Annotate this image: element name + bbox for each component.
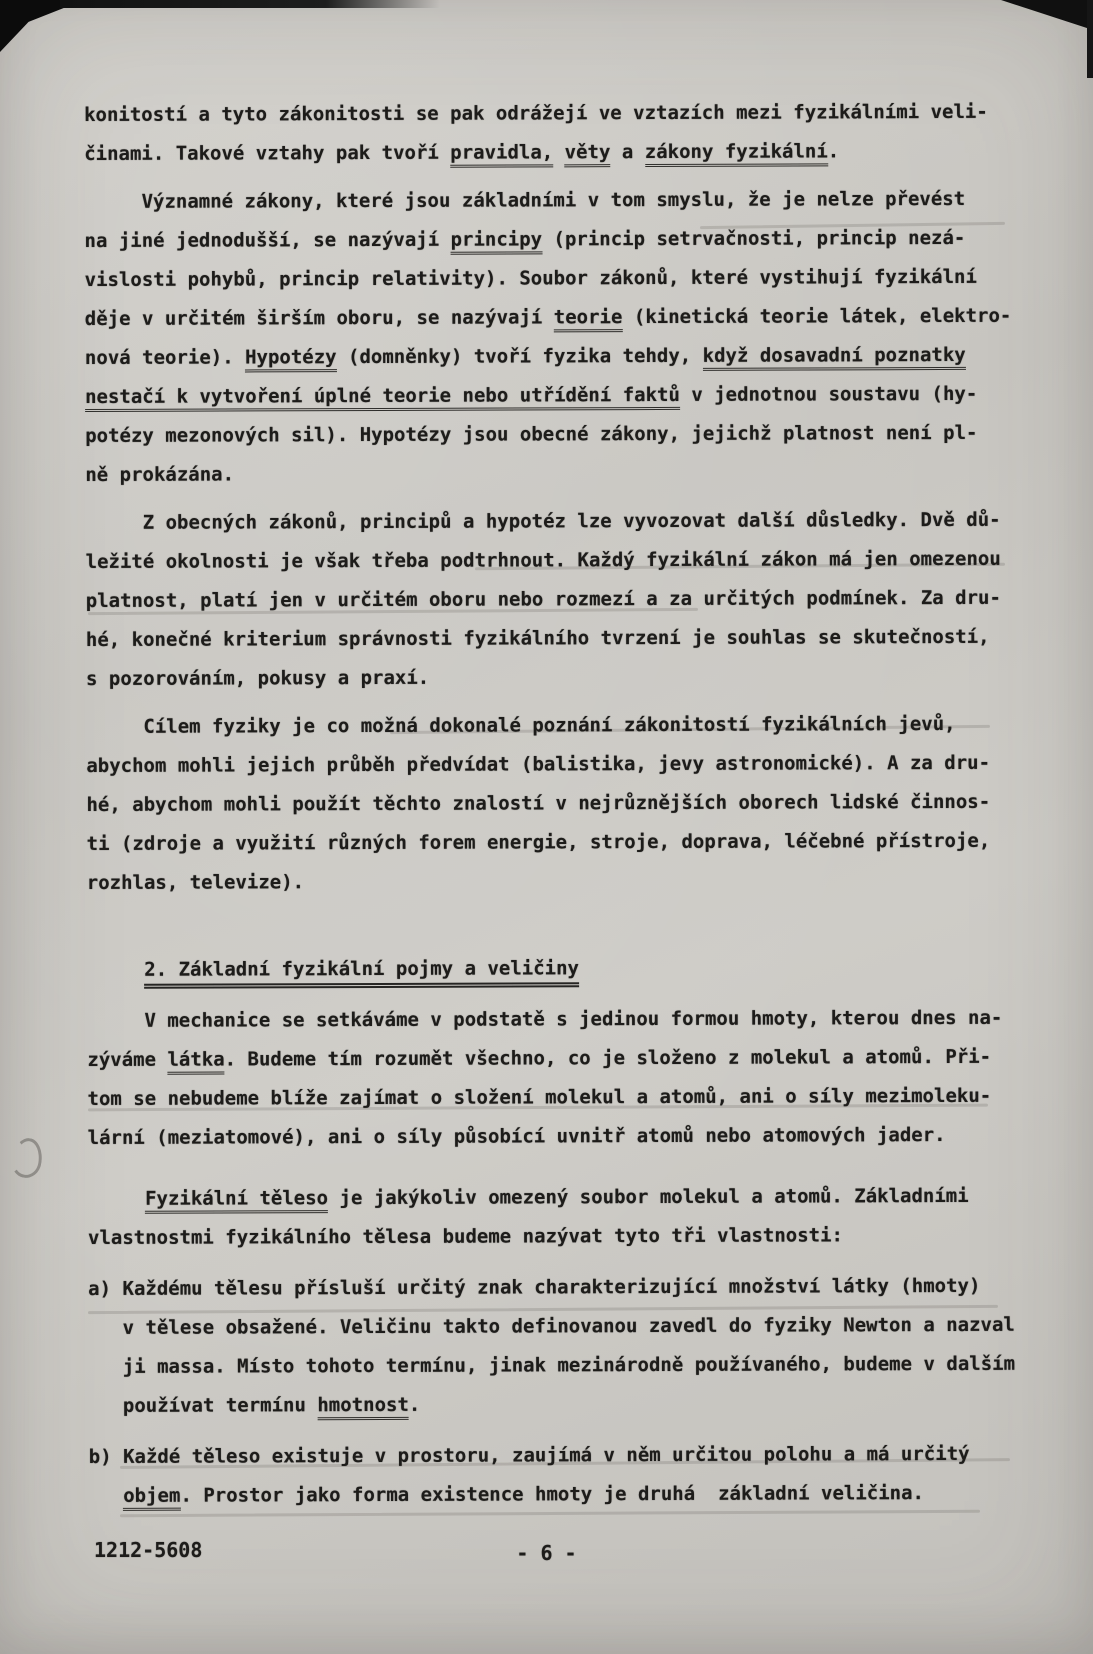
paragraph: V mechanice se setkáváme v podstatě s je… [87,999,1050,1158]
text-line: vlastnostmi fyzikálního tělesa budeme na… [88,1216,1050,1258]
text-line: s pozorováním, pokusy a praxí. [86,657,1048,699]
text-line: činami. Takové vztahy pak tvoří pravidla… [84,132,1046,174]
paragraph: b) Každé těleso existuje v prostoru, zau… [89,1435,1051,1516]
text-line: nová teorie). Hypotézy (domněnky) tvoří … [85,336,1047,378]
scan-artifact-top-strip [60,0,440,8]
text-line: ně prokázána. [85,453,1047,495]
text-line: děje v určitém širším oboru, se nazývají… [85,297,1047,339]
text-line: platnost, platí jen v určitém oboru nebo… [86,579,1048,621]
scan-artifact-corner-top-right [993,0,1093,30]
paragraph: a) Každému tělesu přísluší určitý znak c… [88,1267,1051,1426]
text-line: v tělese obsažené. Veličinu takto defino… [88,1306,1050,1348]
text-line: lární (meziatomové), ani o síly působící… [88,1116,1050,1158]
text-line: Z obecných zákonů, principů a hypotéz lz… [85,501,1047,543]
text-line: 2. Základní fyzikální pojmy a veličiny [87,948,1049,990]
paragraph: Fyzikální těleso je jakýkoliv omezený so… [88,1177,1050,1258]
text-line: Fyzikální těleso je jakýkoliv omezený so… [88,1177,1050,1219]
document-text: konitostí a tyto zákonitosti se pak odrá… [84,93,1051,1516]
text-line: rozhlas, televize). [87,861,1049,903]
text-line: Významné zákony, které jsou základními v… [84,180,1046,222]
text-line: abychom mohli jejich průběh předvídat (b… [86,744,1048,786]
text-line: hé, abychom mohli použít těchto znalostí… [86,783,1048,825]
text-line: objem. Prostor jako forma existence hmot… [89,1474,1051,1516]
text-line: b) Každé těleso existuje v prostoru, zau… [89,1435,1051,1477]
text-line: potézy mezonových sil). Hypotézy jsou ob… [85,414,1047,456]
text-line: používat termínu hmotnost. [89,1384,1051,1426]
section-heading: 2. Základní fyzikální pojmy a veličiny [87,948,1049,990]
text-line: konitostí a tyto zákonitosti se pak odrá… [84,93,1046,135]
text-line: nestačí k vytvoření úplné teorie nebo ut… [85,375,1047,417]
text-line: V mechanice se setkáváme v podstatě s je… [87,999,1049,1041]
text-line: ji massa. Místo tohoto termínu, jinak me… [88,1345,1050,1387]
paragraph: Významné zákony, které jsou základními v… [84,180,1047,495]
text-line: tom se nebudeme blíže zajímat o složení … [87,1077,1049,1119]
paragraph: Z obecných zákonů, principů a hypotéz lz… [85,501,1048,699]
paragraph: Cílem fyziky je co možná dokonalé poznán… [86,705,1049,903]
text-line: ti (zdroje a využití různých forem energ… [87,822,1049,864]
text-line: ležité okolnosti je však třeba podtrhnou… [86,540,1048,582]
text-line: vislosti pohybů, princip relativity). So… [85,258,1047,300]
text-line: hé, konečné kriterium správnosti fyzikál… [86,618,1048,660]
page-number: - 6 - [0,1541,1093,1565]
handwritten-margin-mark [9,1136,45,1180]
scan-artifact-right-edge [1087,0,1093,78]
text-line: zýváme látka. Budeme tím rozumět všechno… [87,1038,1049,1080]
text-line: Cílem fyziky je co možná dokonalé poznán… [86,705,1048,747]
document-page: konitostí a tyto zákonitosti se pak odrá… [0,0,1093,1654]
text-line: a) Každému tělesu přísluší určitý znak c… [88,1267,1050,1309]
text-line: na jiné jednodušší, se nazývají principy… [84,219,1046,261]
paragraph: konitostí a tyto zákonitosti se pak odrá… [84,93,1046,174]
